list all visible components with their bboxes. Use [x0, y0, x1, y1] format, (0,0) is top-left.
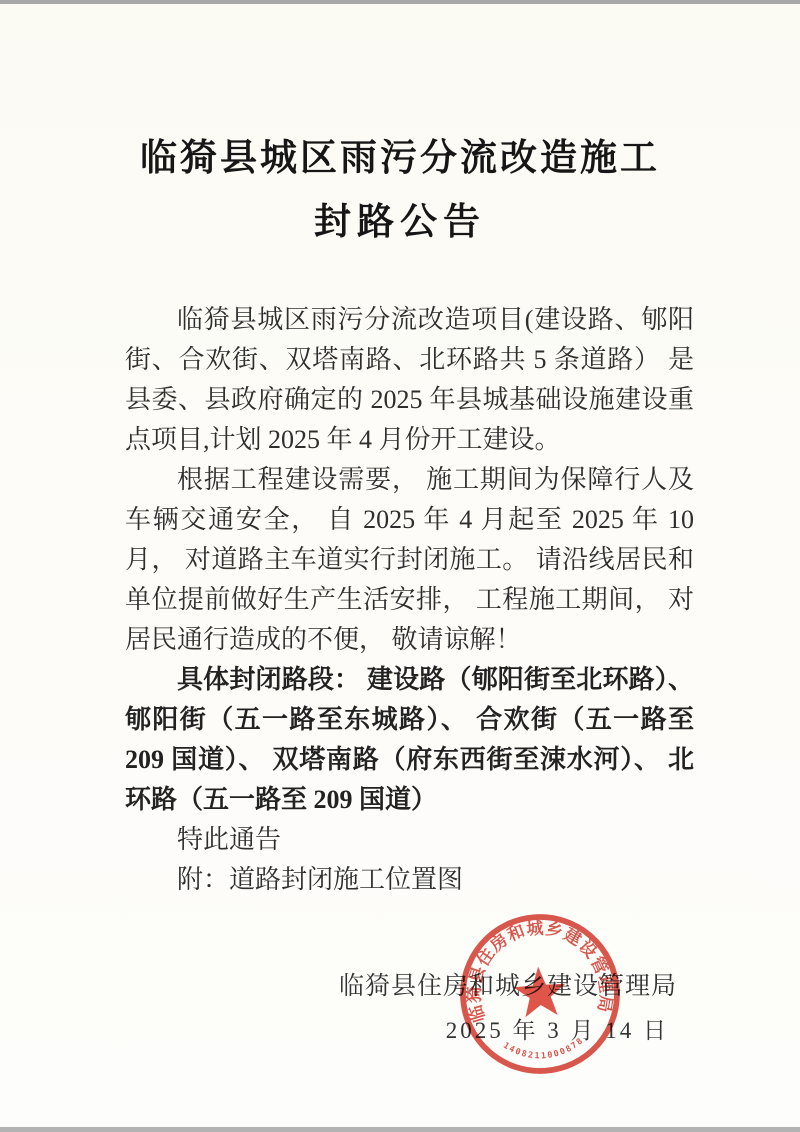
document-body: 临猗县城区雨污分流改造项目(建设路、郇阳街、合欢街、双塔南路、北环路共 5 条道… [125, 300, 694, 1045]
attachment-note: 附：道路封闭施工位置图 [125, 860, 694, 900]
title-line-2: 封路公告 [0, 196, 800, 248]
title-line-1: 临猗县城区雨污分流改造施工 [0, 132, 800, 184]
paragraph-closed-sections: 具体封闭路段： 建设路（郇阳街至北环路）、 郇阳街（五一路至东城路）、 合欢街（… [125, 660, 694, 820]
issue-date: 2025 年 3 月 14 日 [125, 1012, 694, 1045]
paragraph-project-intro: 临猗县城区雨污分流改造项目(建设路、郇阳街、合欢街、双塔南路、北环路共 5 条道… [125, 300, 694, 460]
document-title: 临猗县城区雨污分流改造施工 封路公告 [0, 4, 800, 248]
closing-statement: 特此通告 [125, 820, 694, 860]
signature-block: 临猗县住房和城乡建设管理局 2025 年 3 月 14 日 [125, 966, 694, 1045]
notice-document: 临猗县城区雨污分流改造施工 封路公告 临猗县城区雨污分流改造项目(建设路、郇阳街… [0, 4, 800, 1127]
paragraph-construction-period: 根据工程建设需要， 施工期间为保障行人及车辆交通安全， 自 2025 年 4 月… [125, 460, 694, 660]
issuing-authority: 临猗县住房和城乡建设管理局 [125, 966, 694, 1002]
scan-bottom-edge [0, 1127, 800, 1132]
